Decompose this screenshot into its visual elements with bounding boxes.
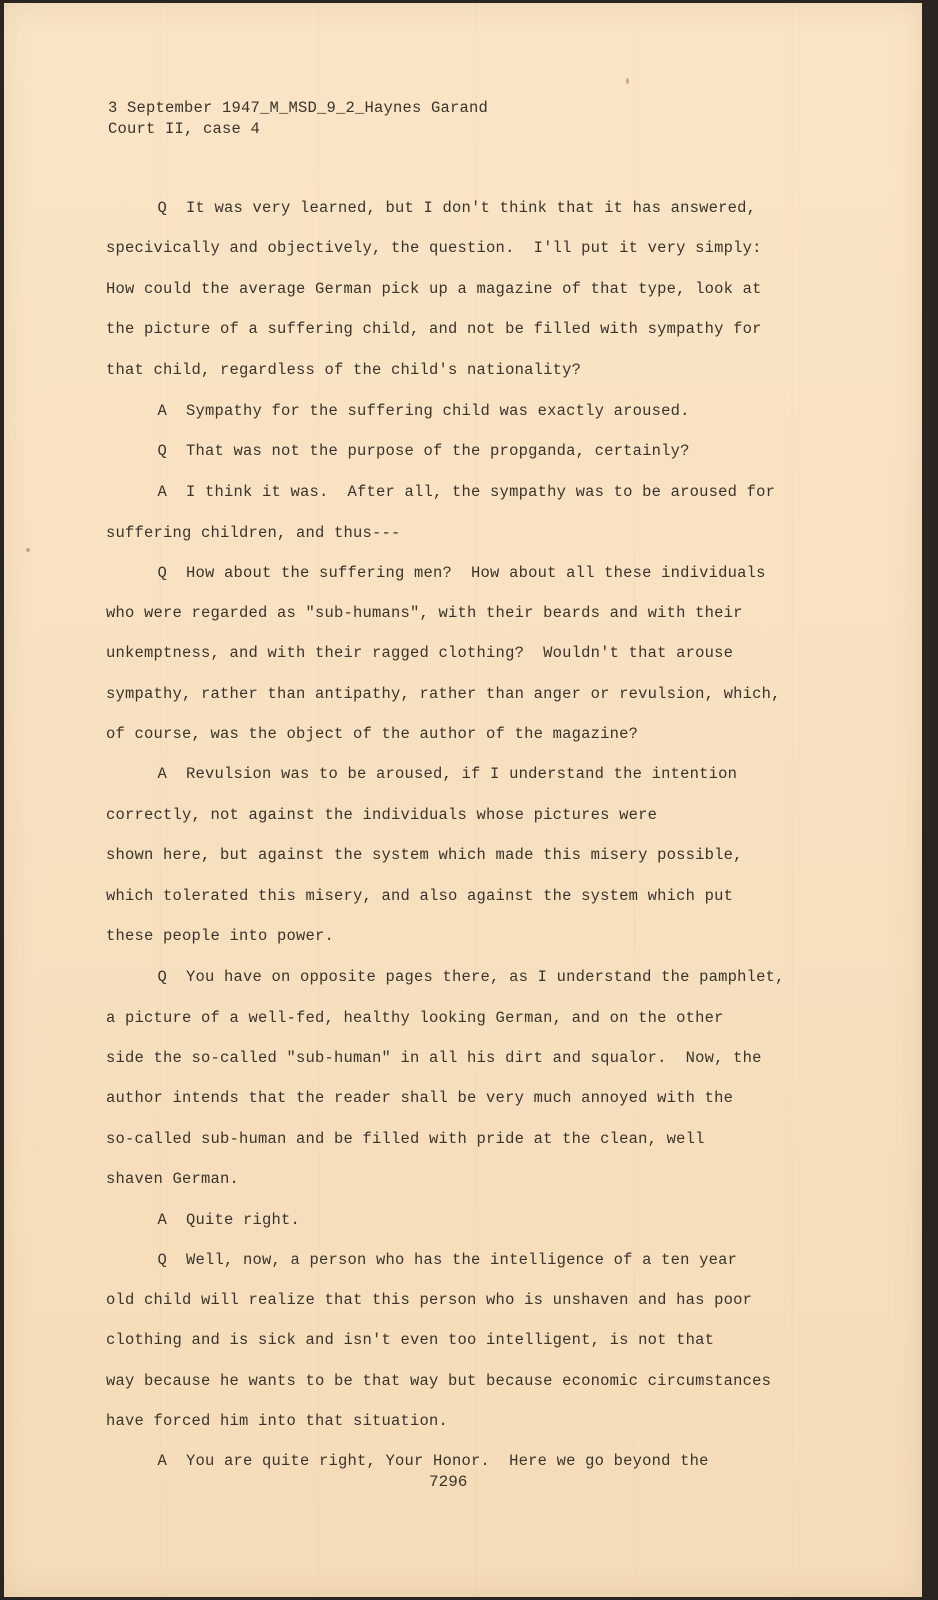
header-court-line: Court II, case 4: [108, 120, 260, 138]
body-line: Q How about the suffering men? How about…: [110, 564, 766, 582]
body-line: have forced him into that situation.: [106, 1412, 448, 1430]
body-line: of course, was the object of the author …: [106, 725, 638, 743]
body-line: A Sympathy for the suffering child was e…: [110, 402, 690, 420]
body-line: sympathy, rather than antipathy, rather …: [106, 685, 781, 703]
body-line: unkemptness, and with their ragged cloth…: [106, 644, 733, 662]
page-number: 7296: [429, 1473, 467, 1491]
body-line: Q It was very learned, but I don't think…: [110, 199, 756, 217]
body-line: these people into power.: [106, 927, 334, 945]
body-line: A I think it was. After all, the sympath…: [110, 483, 775, 501]
body-line: shown here, but against the system which…: [106, 846, 743, 864]
body-line: old child will realize that this person …: [106, 1291, 752, 1309]
document-page: 3 September 1947_M_MSD_9_2_Haynes Garand…: [4, 3, 922, 1597]
body-line: way because he wants to be that way but …: [106, 1372, 771, 1390]
paper-blemish: [26, 548, 30, 552]
body-line: A You are quite right, Your Honor. Here …: [110, 1452, 709, 1470]
header-date-line: 3 September 1947_M_MSD_9_2_Haynes Garand: [108, 99, 488, 117]
body-line: Q Well, now, a person who has the intell…: [110, 1251, 737, 1269]
body-line: so-called sub-human and be filled with p…: [106, 1130, 705, 1148]
body-line: author intends that the reader shall be …: [106, 1089, 733, 1107]
body-line: who were regarded as "sub-humans", with …: [106, 604, 743, 622]
body-line: correctly, not against the individuals w…: [106, 806, 657, 824]
body-line: Q That was not the purpose of the propga…: [110, 442, 690, 460]
body-line: How could the average German pick up a m…: [106, 280, 762, 298]
body-line: a picture of a well-fed, healthy looking…: [106, 1009, 724, 1027]
body-line: suffering children, and thus---: [106, 524, 401, 542]
body-line: that child, regardless of the child's na…: [106, 361, 581, 379]
body-line: shaven German.: [106, 1170, 239, 1188]
body-line: clothing and is sick and isn't even too …: [106, 1331, 714, 1349]
body-line: A Revulsion was to be aroused, if I unde…: [110, 765, 737, 783]
body-line: specivically and objectively, the questi…: [106, 239, 762, 257]
body-line: Q You have on opposite pages there, as I…: [110, 968, 785, 986]
body-line: side the so-called "sub-human" in all hi…: [106, 1049, 762, 1067]
paper-blemish: [626, 78, 629, 84]
body-line: which tolerated this misery, and also ag…: [106, 887, 733, 905]
body-line: the picture of a suffering child, and no…: [106, 320, 762, 338]
body-line: A Quite right.: [110, 1211, 300, 1229]
